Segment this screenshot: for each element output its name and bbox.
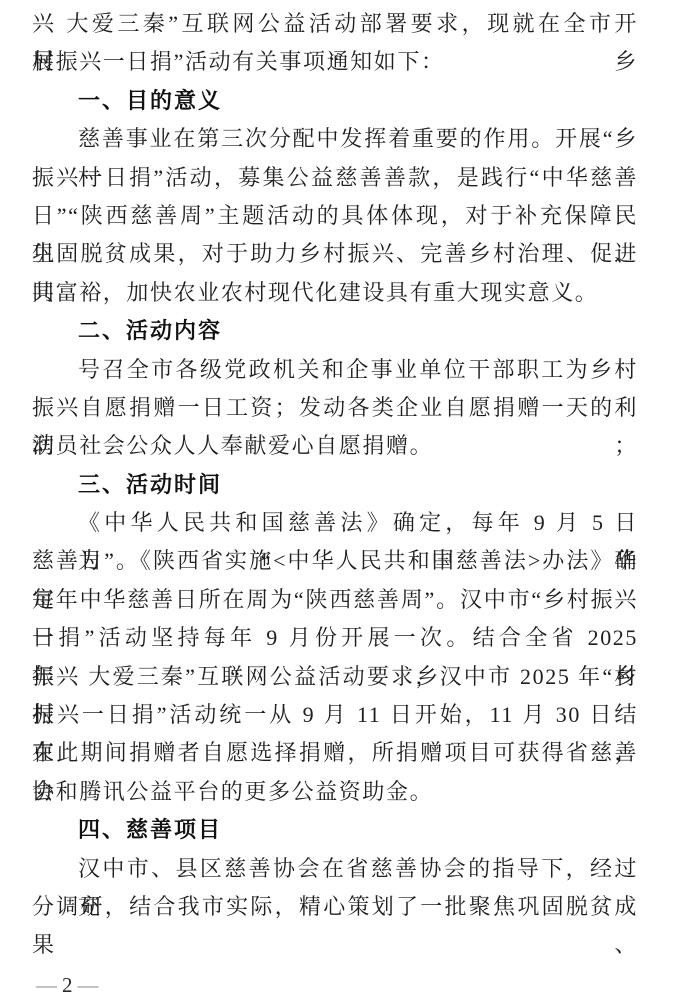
- text-line: 日捐”活动坚持每年 9 月份开展一次。结合全省 2025 年“乡村: [32, 619, 638, 657]
- text-line: 日”“陕西慈善周”主题活动的具体体现，对于补充保障民生、: [32, 197, 638, 235]
- section-heading: 四、慈善项目: [32, 811, 638, 849]
- text-line: 在此期间捐赠者自愿选择捐赠，所捐赠项目可获得省慈善协: [32, 734, 638, 772]
- section-heading: 二、活动内容: [32, 312, 638, 350]
- text-line: 慈善事业在第三次分配中发挥着重要的作用。开展“乡村: [32, 120, 638, 158]
- text-line: 《中华人民共和国慈善法》确定，每年 9 月 5 日为“中华: [32, 504, 638, 542]
- document-page: 兴 大爱三秦”互联网公益活动部署要求，现就在全市开展“乡村振兴一日捐”活动有关事…: [0, 0, 673, 1000]
- text-line: 号召全市各级党政机关和企事业单位干部职工为乡村: [32, 351, 638, 389]
- document-body: 兴 大爱三秦”互联网公益活动部署要求，现就在全市开展“乡村振兴一日捐”活动有关事…: [32, 5, 638, 926]
- text-line: 分调研，结合我市实际，精心策划了一批聚焦巩固脱贫成果、: [32, 888, 638, 926]
- text-line: 振兴自愿捐赠一日工资；发动各类企业自愿捐赠一天的利润；: [32, 389, 638, 427]
- text-line: 慈善日”。《陕西省实施<中华人民共和国慈善法>办法》确定: [32, 542, 638, 580]
- page-number-value: 2: [62, 973, 74, 997]
- page-number-right-dash: —: [74, 973, 104, 997]
- page-number: —2—: [32, 970, 104, 1000]
- section-heading: 三、活动时间: [32, 466, 638, 504]
- text-line: 巩固脱贫成果，对于助力乡村振兴、完善乡村治理、促进共: [32, 235, 638, 273]
- text-line: 会和腾讯公益平台的更多公益资助金。: [32, 773, 638, 811]
- page-number-left-dash: —: [32, 973, 62, 997]
- section-heading: 一、目的意义: [32, 82, 638, 120]
- text-line: 每年中华慈善日所在周为“陕西慈善周”。汉中市“乡村振兴一: [32, 581, 638, 619]
- text-line: 振兴一日捐”活动统一从 9 月 11 日开始，11 月 30 日结束，: [32, 696, 638, 734]
- text-line: 兴 大爱三秦”互联网公益活动部署要求，现就在全市开展“乡: [32, 5, 638, 43]
- text-line: 振兴一日捐”活动，募集公益慈善善款，是践行“中华慈善: [32, 159, 638, 197]
- text-line: 汉中市、县区慈善协会在省慈善协会的指导下，经过充: [32, 850, 638, 888]
- text-line: 振兴 大爱三秦”互联网公益活动要求，汉中市 2025 年“乡村: [32, 658, 638, 696]
- text-line: 同富裕，加快农业农村现代化建设具有重大现实意义。: [32, 274, 638, 312]
